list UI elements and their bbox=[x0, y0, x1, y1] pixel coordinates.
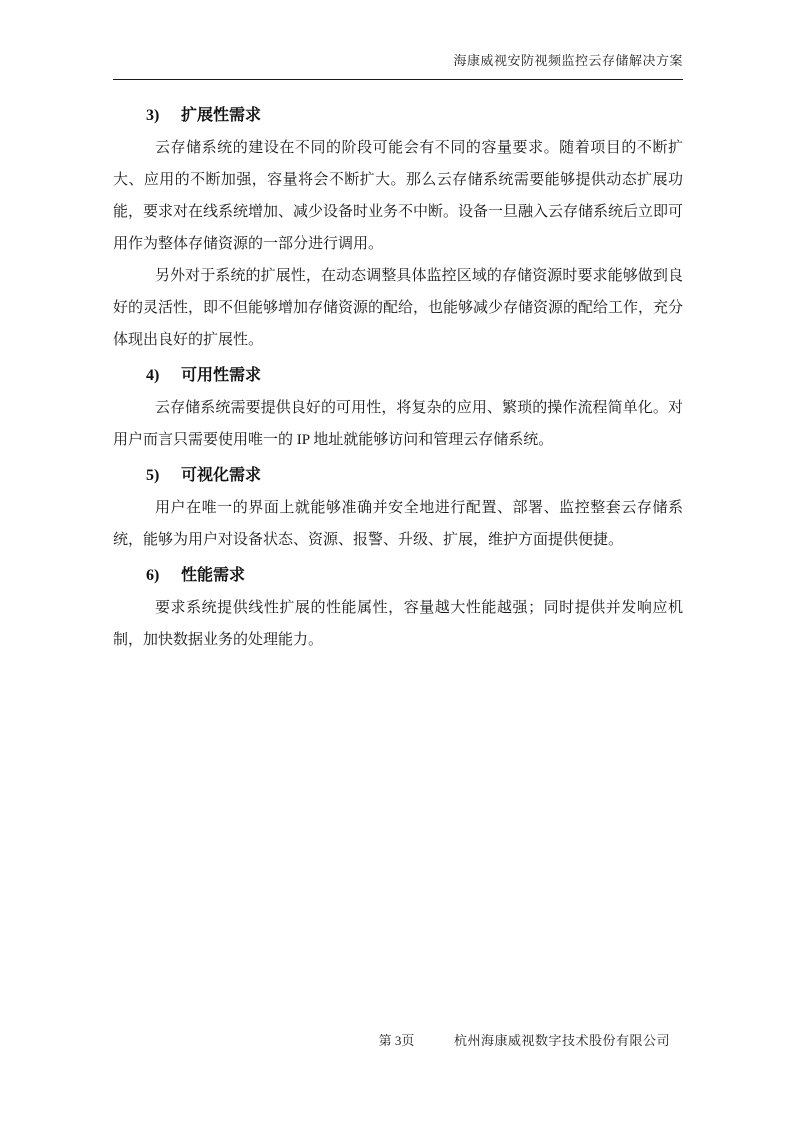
paragraph: 要求系统提供线性扩展的性能属性，容量越大性能越强；同时提供并发响应机制，加快数据… bbox=[113, 592, 683, 656]
page-header: 海康威视安防视频监控云存储解决方案 bbox=[113, 53, 683, 80]
section-heading-label: 可视化需求 bbox=[181, 467, 261, 484]
page-footer: 第 3页 杭州海康威视数字技术股份有限公司 bbox=[0, 1030, 793, 1050]
section-number: 6) bbox=[146, 560, 181, 592]
section-performance: 6)性能需求 要求系统提供线性扩展的性能属性，容量越大性能越强；同时提供并发响应… bbox=[113, 560, 683, 656]
paragraph: 云存储系统需要提供良好的可用性，将复杂的应用、繁琐的操作流程简单化。对用户而言只… bbox=[113, 392, 683, 456]
paragraph: 用户在唯一的界面上就能够准确并安全地进行配置、部署、监控整套云存储系统，能够为用… bbox=[113, 492, 683, 556]
section-expandability: 3)扩展性需求 云存储系统的建设在不同的阶段可能会有不同的容量要求。随着项目的不… bbox=[113, 100, 683, 356]
section-heading: 4)可用性需求 bbox=[113, 360, 683, 392]
section-heading-label: 可用性需求 bbox=[181, 367, 261, 384]
section-heading: 3)扩展性需求 bbox=[113, 100, 683, 132]
section-heading: 5)可视化需求 bbox=[113, 460, 683, 492]
page-number: 第 3页 bbox=[379, 1030, 415, 1049]
header-title: 海康威视安防视频监控云存储解决方案 bbox=[113, 53, 683, 69]
section-number: 4) bbox=[146, 360, 181, 392]
section-availability: 4)可用性需求 云存储系统需要提供良好的可用性，将复杂的应用、繁琐的操作流程简单… bbox=[113, 360, 683, 456]
paragraph: 另外对于系统的扩展性，在动态调整具体监控区域的存储资源时要求能够做到良好的灵活性… bbox=[113, 260, 683, 356]
section-heading: 6)性能需求 bbox=[113, 560, 683, 592]
section-number: 3) bbox=[146, 100, 181, 132]
document-page: 海康威视安防视频监控云存储解决方案 3)扩展性需求 云存储系统的建设在不同的阶段… bbox=[0, 0, 793, 1122]
footer-company: 杭州海康威视数字技术股份有限公司 bbox=[454, 1030, 670, 1049]
section-visualization: 5)可视化需求 用户在唯一的界面上就能够准确并安全地进行配置、部署、监控整套云存… bbox=[113, 460, 683, 556]
section-number: 5) bbox=[146, 460, 181, 492]
header-rule bbox=[113, 79, 683, 80]
document-content: 3)扩展性需求 云存储系统的建设在不同的阶段可能会有不同的容量要求。随着项目的不… bbox=[113, 100, 683, 656]
section-heading-label: 扩展性需求 bbox=[181, 107, 261, 124]
paragraph: 云存储系统的建设在不同的阶段可能会有不同的容量要求。随着项目的不断扩大、应用的不… bbox=[113, 132, 683, 260]
section-heading-label: 性能需求 bbox=[181, 567, 245, 584]
